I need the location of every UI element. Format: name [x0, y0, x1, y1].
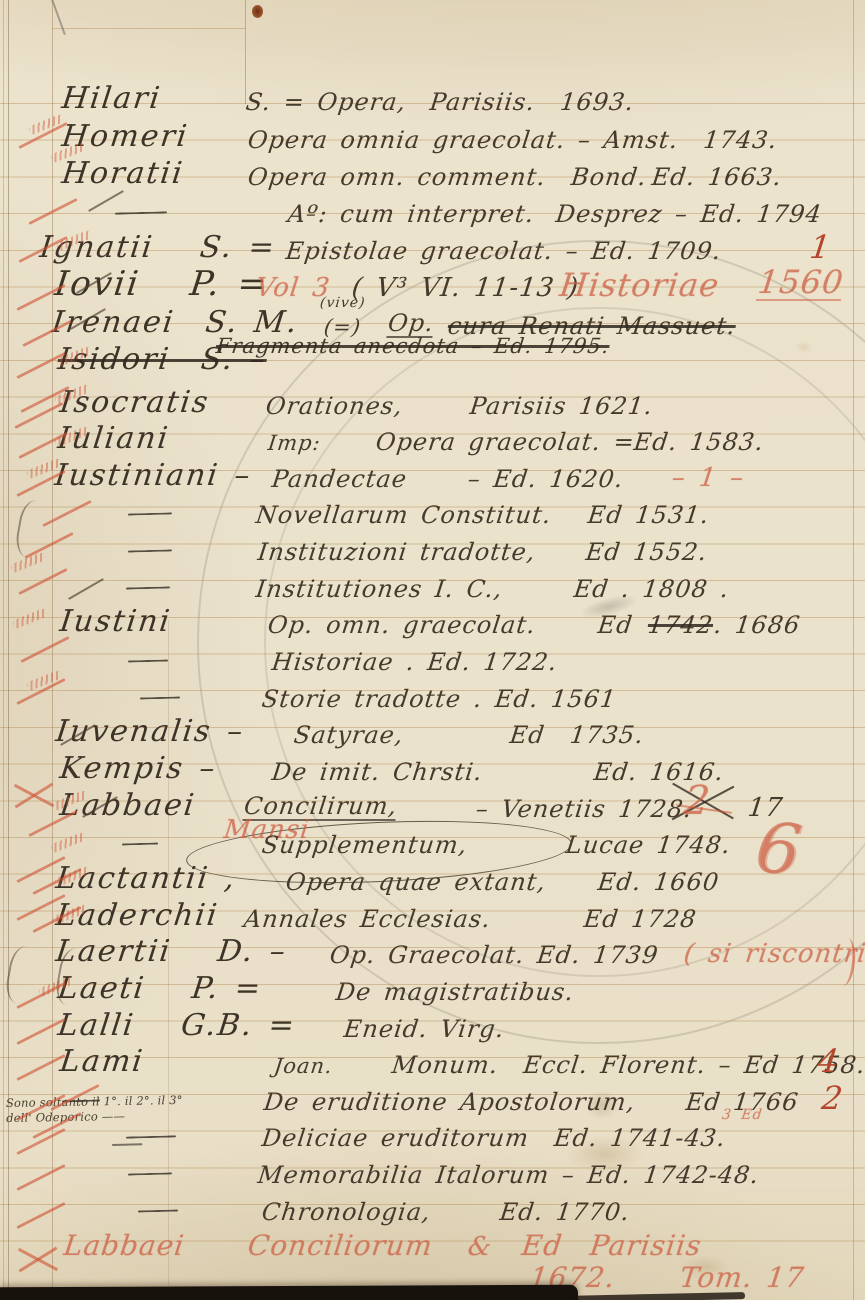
catalog-entry-row: 1672.Tom. 17	[0, 1240, 865, 1292]
header-rule-line	[52, 28, 246, 29]
margin-tally-mark	[16, 1246, 56, 1272]
scan-bottom-edge	[0, 1285, 578, 1300]
ink-blot	[252, 5, 263, 18]
red-annotation: Tom. 17	[678, 1264, 806, 1292]
red-annotation: 3 Ed	[721, 1108, 763, 1122]
manuscript-catalog-page: 6 Sono soltanto il 1°. il 2°. il 3° dell…	[0, 0, 865, 1300]
margin-tally-mark	[12, 782, 52, 808]
margin-tally-mark	[48, 0, 66, 35]
